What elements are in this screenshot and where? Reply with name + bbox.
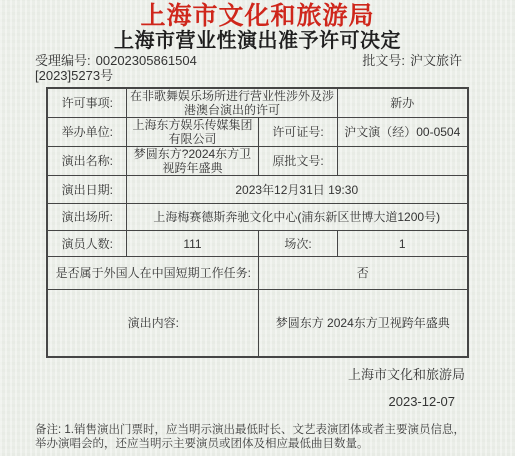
sessions-label: 场次:: [258, 231, 337, 257]
table-row-performers: 演员人数: 111 场次: 1: [47, 231, 467, 257]
content-value: 梦圆东方 2024东方卫视跨年盛典: [258, 290, 467, 357]
organizer-label: 举办单位:: [47, 118, 126, 147]
license-item-status: 新办: [338, 88, 468, 118]
table-row-venue: 演出场所: 上海梅赛德斯奔驰文化中心(浦东新区世博大道1200号): [47, 204, 467, 231]
content-label: 演出内容:: [47, 290, 258, 357]
show-date-label: 演出日期:: [47, 176, 126, 204]
show-date-value: 2023年12月31日 19:30: [126, 176, 467, 204]
sessions-value: 1: [338, 231, 468, 257]
table-row-show-name: 演出名称: 梦圆东方?2024东方卫视跨年盛典 原批文号:: [47, 147, 467, 176]
agency-title: 上海市文化和旅游局: [0, 3, 515, 30]
foreigner-label: 是否属于外国人在中国短期工作任务:: [47, 257, 258, 290]
performers-label: 演员人数:: [47, 231, 126, 257]
acceptance-number-label: 受理编号:: [35, 53, 91, 68]
show-name-value: 梦圆东方?2024东方卫视跨年盛典: [126, 147, 258, 176]
table-row-show-date: 演出日期: 2023年12月31日 19:30: [47, 176, 467, 204]
approval-number-value-line1: 沪文旅许: [410, 53, 462, 68]
footnote-line1: 备注: 1.销售演出门票时，应当明示演出最低时长、文艺表演团体或者主要演员信息，: [35, 423, 483, 437]
permit-table: 许可事项: 在非歌舞娱乐场所进行营业性涉外及涉港澳台演出的许可 新办 举办单位:…: [46, 87, 468, 358]
table-row-content: 演出内容: 梦圆东方 2024东方卫视跨年盛典: [47, 290, 467, 357]
orig-approval-value: [338, 147, 468, 176]
license-item-value: 在非歌舞娱乐场所进行营业性涉外及涉港澳台演出的许可: [126, 88, 337, 118]
approval-number-label: 批文号:: [362, 53, 405, 68]
signature-date: 2023-12-07: [0, 395, 515, 409]
orig-approval-label: 原批文号:: [258, 147, 337, 176]
doc-title: 上海市营业性演出准予许可决定: [0, 30, 515, 53]
venue-value: 上海梅赛德斯奔驰文化中心(浦东新区世博大道1200号): [126, 204, 467, 231]
approval-number-field: 批文号:沪文旅许: [362, 54, 462, 68]
show-name-label: 演出名称:: [47, 147, 126, 176]
license-no-label: 许可证号:: [258, 118, 337, 147]
meta-block: 受理编号:00202305861504 批文号:沪文旅许 [2023]5273号: [35, 54, 462, 83]
table-row-license-item: 许可事项: 在非歌舞娱乐场所进行营业性涉外及涉港澳台演出的许可 新办: [47, 88, 467, 118]
license-item-label: 许可事项:: [47, 88, 126, 118]
license-no-value: 沪文演（经）00-0504: [338, 118, 468, 147]
signature-agency: 上海市文化和旅游局: [0, 368, 515, 382]
permit-document: 上海市文化和旅游局 上海市营业性演出准予许可决定 受理编号:0020230586…: [0, 0, 515, 456]
organizer-value: 上海东方娱乐传媒集团有限公司: [126, 118, 258, 147]
performers-value: 111: [126, 231, 258, 257]
approval-number-value-line2: [2023]5273号: [35, 69, 462, 83]
acceptance-number-field: 受理编号:00202305861504: [35, 54, 197, 68]
table-row-foreigner: 是否属于外国人在中国短期工作任务: 否: [47, 257, 467, 290]
acceptance-number-value: 00202305861504: [96, 53, 197, 68]
foreigner-value: 否: [258, 257, 467, 290]
table-row-organizer: 举办单位: 上海东方娱乐传媒集团有限公司 许可证号: 沪文演（经）00-0504: [47, 118, 467, 147]
meta-row: 受理编号:00202305861504 批文号:沪文旅许: [35, 54, 462, 68]
footnote: 备注: 1.销售演出门票时，应当明示演出最低时长、文艺表演团体或者主要演员信息，…: [35, 423, 483, 451]
venue-label: 演出场所:: [47, 204, 126, 231]
footnote-line2: 举办演唱会的，还应当明示主要演员或团体及相应最低曲目数量。: [35, 437, 483, 451]
